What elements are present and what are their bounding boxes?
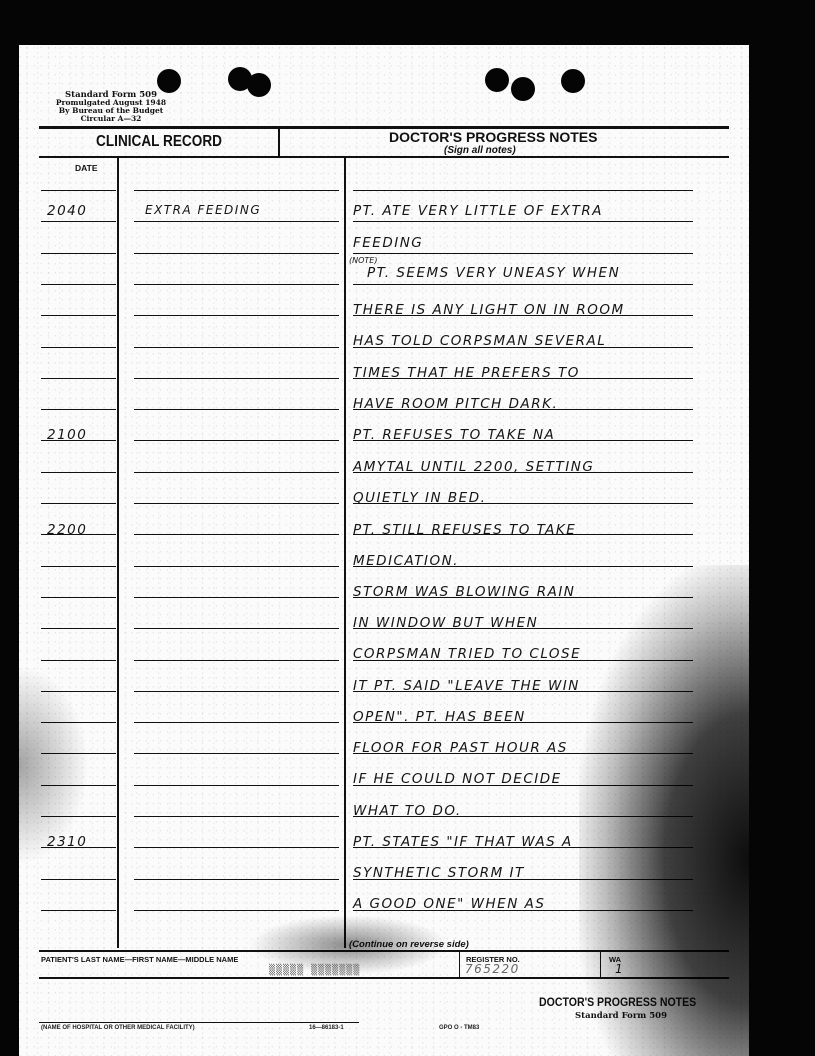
ruled-line <box>134 628 339 629</box>
patient-name-value: ▒▒▒▒▒ ▒▒▒▒▒▒▒ <box>269 965 360 976</box>
ruled-line <box>134 597 339 598</box>
ruled-line <box>134 253 339 254</box>
note-line: HAS TOLD CORPSMAN SEVERAL <box>353 333 606 349</box>
header-divider <box>278 126 280 156</box>
note-line: HAVE ROOM PITCH DARK. <box>353 396 558 412</box>
ruled-line <box>353 221 693 222</box>
ruled-line <box>134 503 339 504</box>
ruled-line <box>41 378 116 379</box>
ruled-line <box>134 440 339 441</box>
footer-subtitle: Standard Form 509 <box>575 1011 667 1021</box>
note-line: QUIETLY IN BED. <box>353 490 486 506</box>
note-line: STORM WAS BLOWING RAIN <box>353 584 575 600</box>
clinical-record-title: CLINICAL RECORD <box>66 133 253 151</box>
ruled-line <box>41 722 116 723</box>
form-identifier: Standard Form 509 Promulgated August 194… <box>52 91 170 123</box>
note-line: PT. SEEMS VERY UNEASY WHEN <box>367 265 620 281</box>
entry-order: EXTRA FEEDING <box>145 203 261 217</box>
ruled-line <box>134 722 339 723</box>
ruled-line <box>41 409 116 410</box>
ruled-line <box>134 221 339 222</box>
ruled-line <box>41 753 116 754</box>
ruled-line <box>353 284 693 285</box>
ruled-line <box>41 472 116 473</box>
footer-title: DOCTOR'S PROGRESS NOTES <box>539 995 696 1009</box>
note-line: PT. STATES "IF THAT WAS A <box>353 834 573 850</box>
ruled-line <box>134 660 339 661</box>
ruled-line <box>134 785 339 786</box>
register-number-value: 765220 <box>465 962 520 976</box>
ruled-line <box>134 472 339 473</box>
print-code: GPO O - TM83 <box>439 1025 479 1031</box>
date-column-divider <box>117 158 119 948</box>
ruled-line <box>41 284 116 285</box>
ruled-line <box>41 597 116 598</box>
ruled-line <box>134 190 339 191</box>
ruled-line <box>41 315 116 316</box>
ward-divider <box>600 950 601 978</box>
punch-hole-icon <box>157 69 181 93</box>
date-column-label: DATE <box>75 163 98 173</box>
note-line: PT. ATE VERY LITTLE OF EXTRA <box>353 203 603 219</box>
ruled-line <box>134 315 339 316</box>
notes-column-divider <box>344 158 346 948</box>
entry-time: 2040 <box>47 203 87 219</box>
ruled-line <box>41 691 116 692</box>
ruled-line <box>41 910 116 911</box>
ruled-line <box>134 816 339 817</box>
progress-notes-title: DOCTOR'S PROGRESS NOTES <box>389 129 597 145</box>
ward-value: 1 <box>615 962 624 976</box>
ruled-line <box>134 691 339 692</box>
ruled-line <box>134 284 339 285</box>
header-rule <box>39 156 729 158</box>
footer-rule <box>39 950 729 952</box>
ruled-line <box>134 566 339 567</box>
note-line: A GOOD ONE" WHEN AS <box>353 896 545 912</box>
footer-rule <box>39 977 729 979</box>
note-line: IT PT. SAID "LEAVE THE WIN <box>353 678 580 694</box>
ruled-line <box>41 628 116 629</box>
note-line: THERE IS ANY LIGHT ON IN ROOM <box>353 302 625 318</box>
note-line: OPEN". PT. HAS BEEN <box>353 709 526 725</box>
facility-rule <box>39 1022 359 1023</box>
print-code: 16—86183-1 <box>309 1025 344 1031</box>
ruled-line <box>41 816 116 817</box>
note-line: FEEDING <box>353 235 423 251</box>
note-line: FLOOR FOR PAST HOUR AS <box>353 740 568 756</box>
register-divider <box>459 950 460 978</box>
ruled-line <box>134 378 339 379</box>
ruled-line <box>41 660 116 661</box>
ruled-line <box>41 221 116 222</box>
note-line: SYNTHETIC STORM IT <box>353 865 525 881</box>
ruled-line <box>134 753 339 754</box>
ruled-line <box>134 409 339 410</box>
header-rule <box>39 126 729 129</box>
note-line: PT. REFUSES TO TAKE NA <box>353 427 555 443</box>
note-line: TIMES THAT HE PREFERS TO <box>353 365 580 381</box>
ruled-line <box>134 847 339 848</box>
ruled-line <box>353 253 693 254</box>
punch-hole-icon <box>511 77 535 101</box>
ruled-line <box>134 879 339 880</box>
clinical-record-page: Standard Form 509 Promulgated August 194… <box>19 45 749 1056</box>
punch-hole-icon <box>561 69 585 93</box>
note-line: MEDICATION. <box>353 553 459 569</box>
punch-hole-icon <box>485 68 509 92</box>
entry-time: 2200 <box>47 522 87 538</box>
sign-notes-instruction: (Sign all notes) <box>444 145 516 156</box>
note-line: CORPSMAN TRIED TO CLOSE <box>353 646 581 662</box>
ruled-line <box>134 910 339 911</box>
punch-hole-icon <box>247 73 271 97</box>
ruled-line <box>41 347 116 348</box>
entry-time: 2310 <box>47 834 87 850</box>
note-line: IF HE COULD NOT DECIDE <box>353 771 562 787</box>
ruled-line <box>41 566 116 567</box>
note-line: WHAT TO DO. <box>353 803 462 819</box>
note-line: PT. STILL REFUSES TO TAKE <box>353 522 576 538</box>
ruled-line <box>134 347 339 348</box>
patient-name-label: PATIENT'S LAST NAME—FIRST NAME—MIDDLE NA… <box>41 955 238 964</box>
facility-label: (NAME OF HOSPITAL OR OTHER MEDICAL FACIL… <box>41 1025 195 1031</box>
ruled-line <box>41 503 116 504</box>
ruled-line <box>353 190 693 191</box>
continue-note: (Continue on reverse side) <box>349 939 469 950</box>
note-line: AMYTAL UNTIL 2200, SETTING <box>353 459 594 475</box>
ruled-line <box>134 534 339 535</box>
ruled-line <box>41 879 116 880</box>
ruled-line <box>41 190 116 191</box>
entry-time: 2100 <box>47 427 87 443</box>
scan-shadow <box>579 565 749 1056</box>
ruled-line <box>41 253 116 254</box>
note-label: (NOTE) <box>349 256 377 265</box>
ruled-line <box>41 785 116 786</box>
note-line: IN WINDOW BUT WHEN <box>353 615 538 631</box>
